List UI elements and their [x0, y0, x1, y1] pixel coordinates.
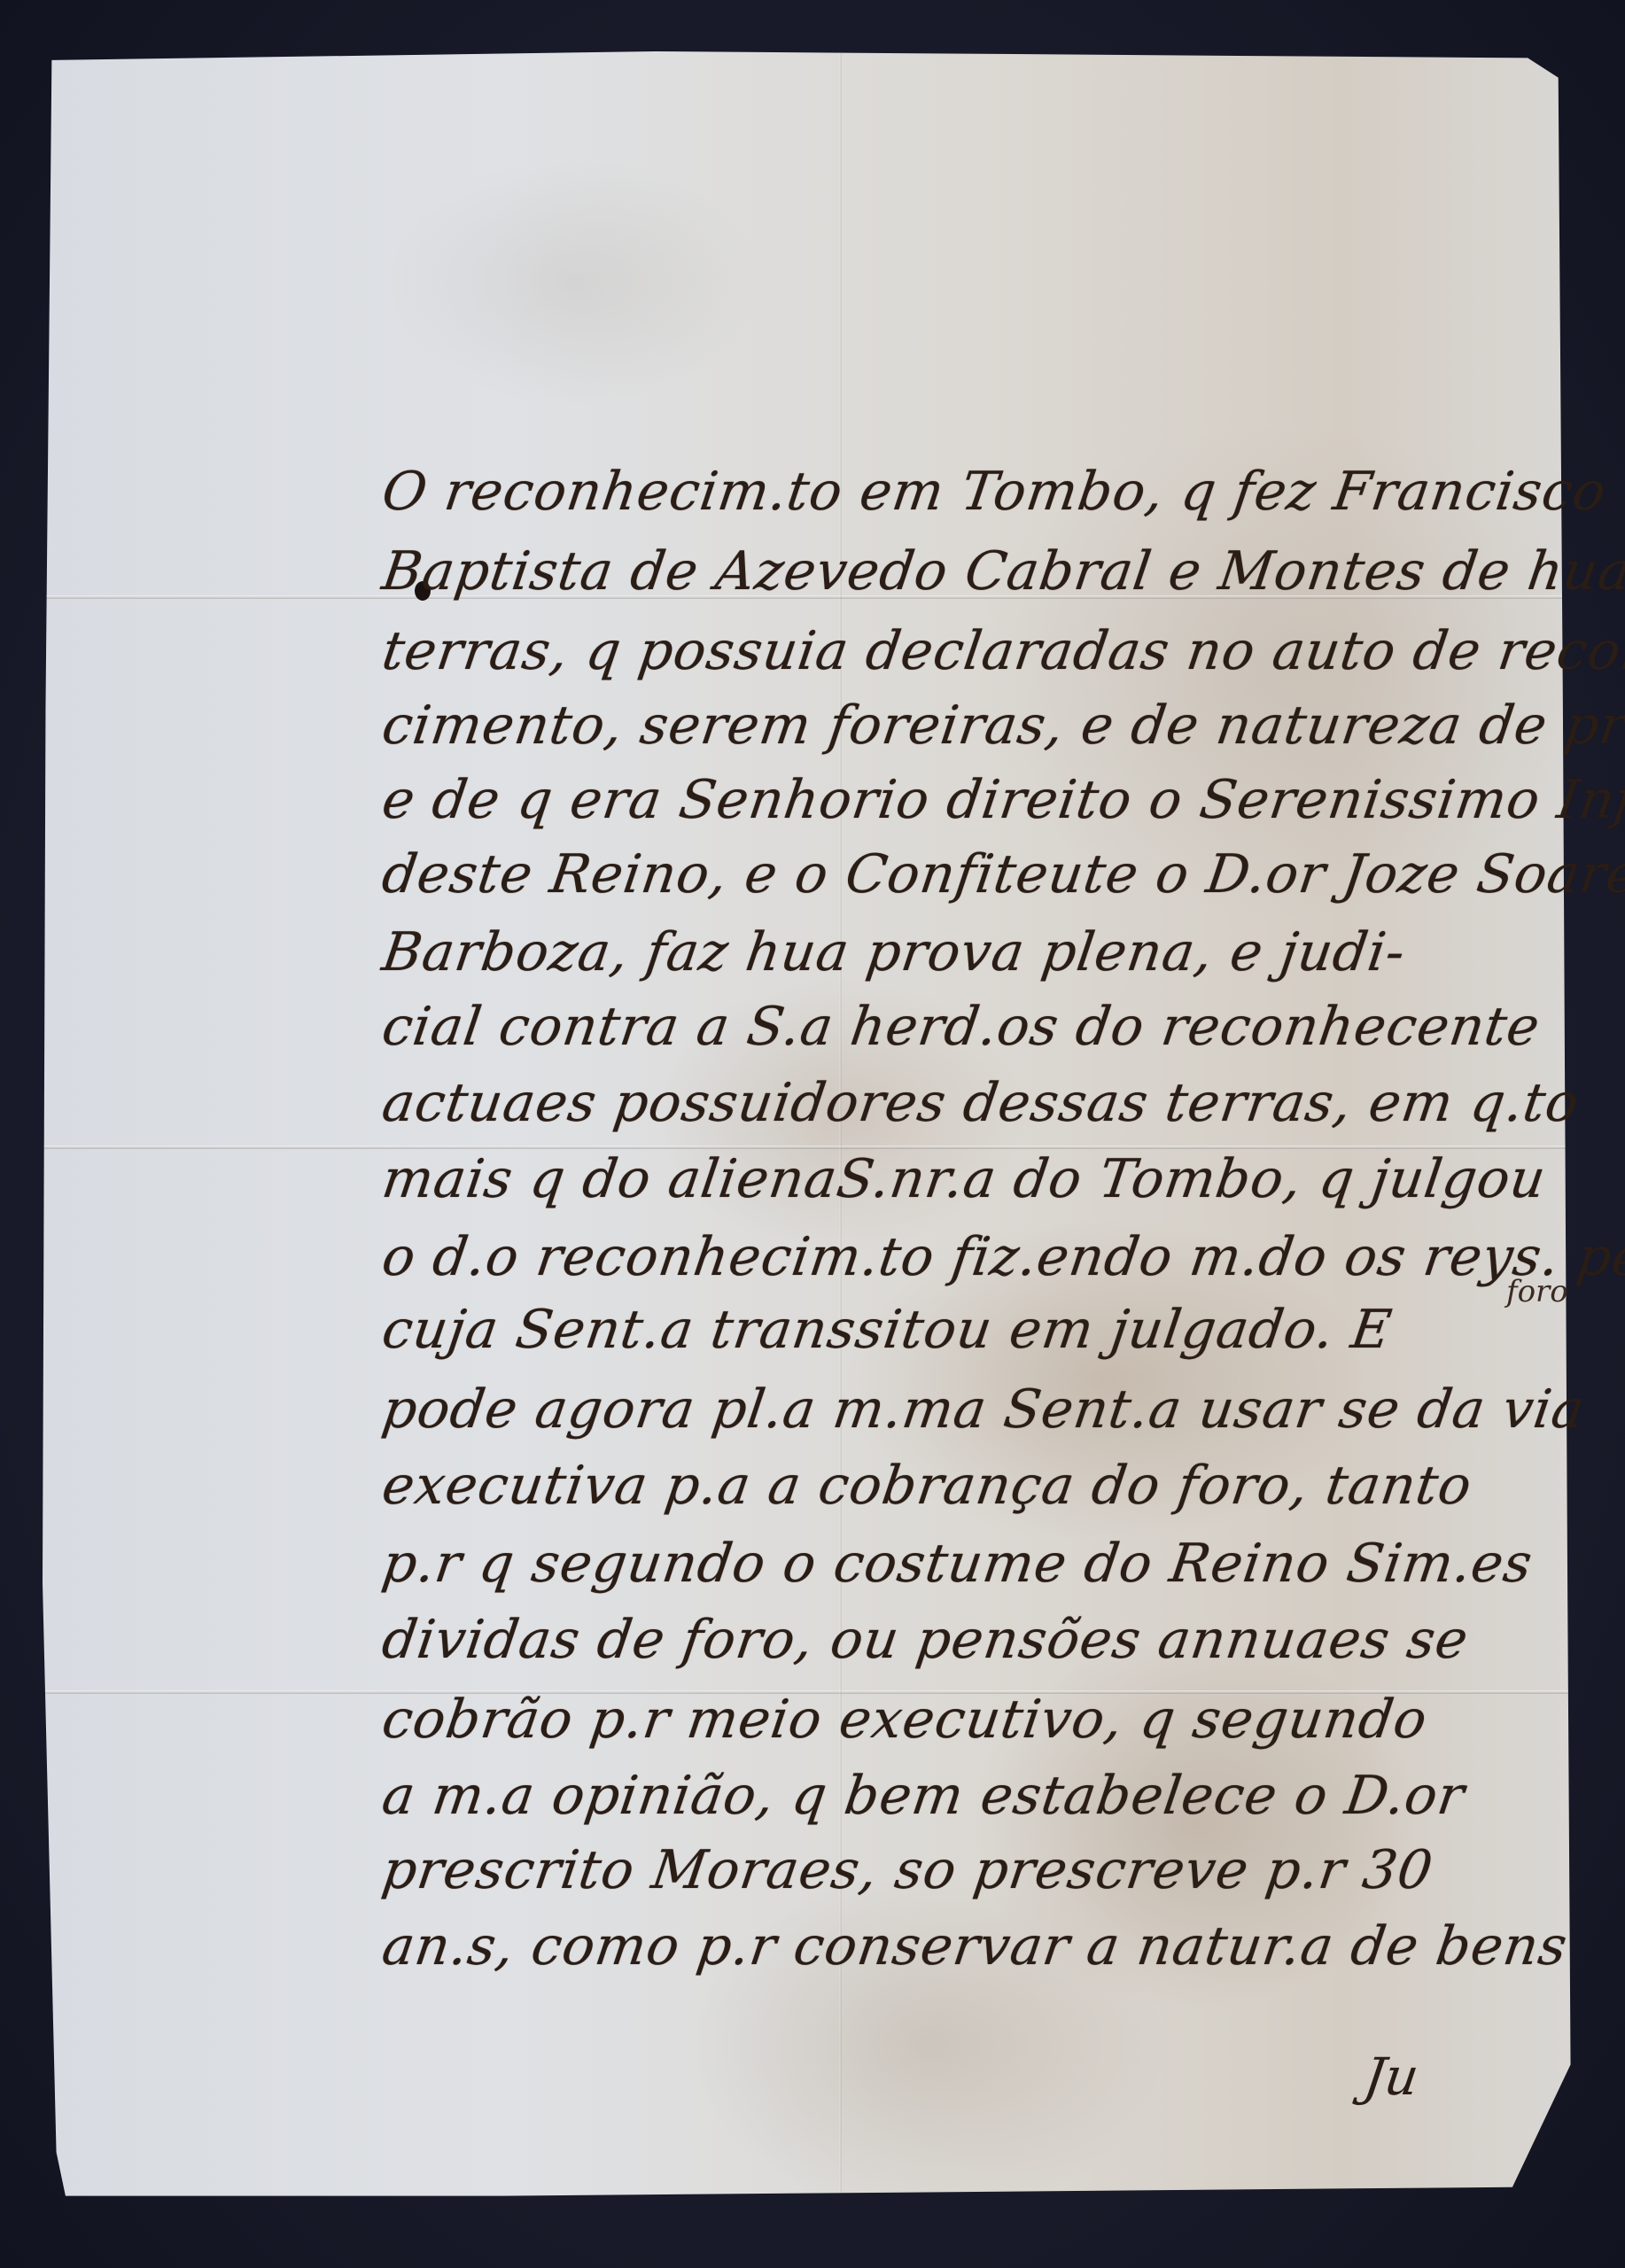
manuscript-line: an.s, como p.r conservar a natur.a de be…: [378, 1915, 1571, 1977]
manuscript-line: cial contra a S.a herd.os do reconhecent…: [378, 996, 1543, 1058]
catchword: Ju: [1360, 2047, 1422, 2107]
manuscript-paper: [43, 51, 1574, 2240]
manuscript-line: e de q era Senhorio direito o Serenissim…: [378, 769, 1625, 831]
manuscript-line: actuaes possuidores dessas terras, em q.…: [378, 1072, 1583, 1134]
manuscript-line: executiva p.a a cobrança do foro, tanto: [378, 1455, 1475, 1517]
manuscript-line: Barboza, faz hua prova plena, e judi-: [378, 921, 1410, 983]
manuscript-line: O reconhecim.to em Tombo, q fez Francisc…: [378, 461, 1610, 523]
interlinear-note: foro: [1506, 1274, 1568, 1309]
manuscript-line: p.r q segundo o costume do Reino Sim.es: [378, 1533, 1536, 1595]
manuscript-line: cobrão p.r meio executivo, q segundo: [378, 1689, 1431, 1751]
manuscript-line: cimento, serem foreiras, e de natureza d…: [378, 695, 1625, 757]
manuscript-line: a m.a opinião, q bem estabelece o D.or: [378, 1765, 1468, 1827]
manuscript-line: deste Reino, e o Confiteute o D.or Joze …: [378, 843, 1625, 905]
vertical-fold-line: [839, 51, 842, 2240]
manuscript-line: prescrito Moraes, so prescreve p.r 30: [378, 1839, 1437, 1901]
manuscript-line: terras, q possuia declaradas no auto de …: [378, 620, 1625, 682]
manuscript-line: Baptista de Azevedo Cabral e Montes de h…: [378, 540, 1625, 602]
manuscript-line: pode agora pl.a m.ma Sent.a usar se da v…: [378, 1379, 1589, 1441]
manuscript-line: dividas de foro, ou pensões annuaes se: [378, 1609, 1473, 1671]
manuscript-line: mais q do alienaS.nr.a do Tombo, q julgo…: [378, 1148, 1550, 1210]
manuscript-line: cuja Sent.a transsitou em julgado. E: [378, 1299, 1396, 1361]
manuscript-line: o d.o reconhecim.to fiz.endo m.do os rey…: [378, 1226, 1625, 1288]
